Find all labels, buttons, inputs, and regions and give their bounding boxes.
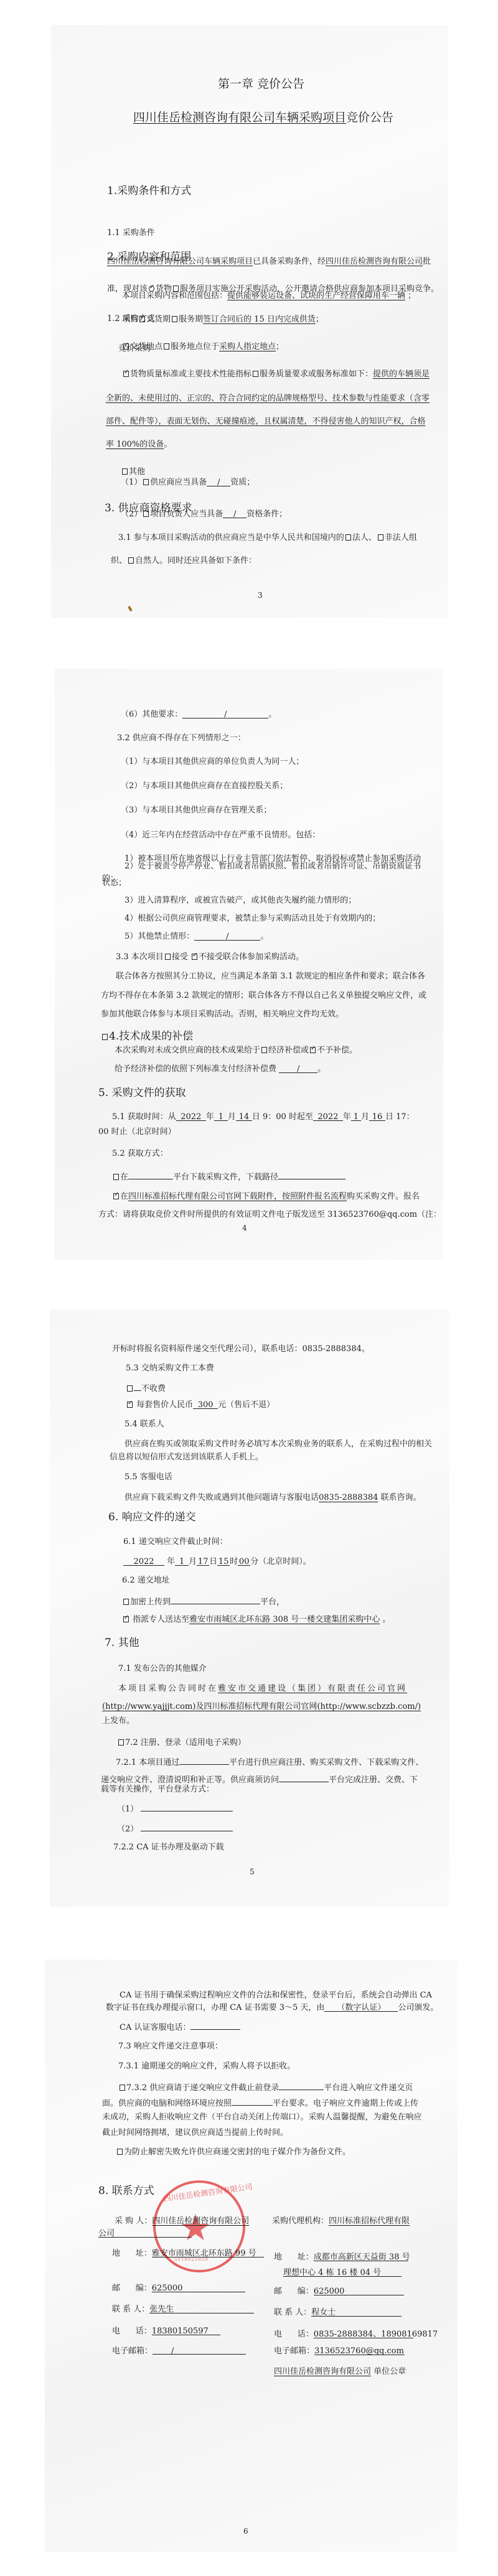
section-5-1-line-1: 5.1 获取时间：从2022年1月14日 9：00 时起至2022年1月16日 … [112,1112,415,1123]
section-5-2-site-line-2: 方式：请将获取竞价文件时所提供的有效证明文件电子版发送至 3136523760@… [98,1209,441,1221]
section-7-3-2-line-4: 截止时间网络拥堵，建议供应商适当提前上传时间。 [102,2127,288,2139]
section-7-heading: 7. 其他 [105,1636,139,1650]
condition-row-2: （2）项目负责人应当具备/资格条件； [121,509,287,520]
consortium-text-3: 参加其他联合体参与本项目采购活动。否则，相关响应文件均无效。 [101,1009,344,1020]
purchaser-email: 电子邮箱：/ [112,2346,246,2357]
sub-exclusion-3: 3）进入清算程序，或被宣告破产，或其他丧失履约能力情形的； [125,895,356,906]
checkbox-service-period[interactable] [172,316,177,322]
section-7-3-1: 7.3.1 逾期递交的响应文件，采购人将予以拒收。 [118,2061,295,2072]
checkbox-service-place[interactable] [164,343,169,350]
section-5-4-line-2: 信息将以短信形式发送到该联系人手机上。 [110,1452,263,1463]
agency-site-link[interactable]: 四川标准招标代理有限公司官网下载附件，按照附件报名流程 [128,1192,347,1201]
section-1-heading: 1.采购条件和方式 [107,184,191,198]
section-5-5-label: 5.5 客服电话 [125,1472,172,1483]
section-6-2-deliver: 指派专人送达至雅安市雨城区北环东路 308 号一楼交建集团采购中心 。 [122,1614,390,1625]
sub-exclusion-2: 2）处于被责令停产停业、暂扣或者吊销执照、暂扣或者吊销许可证、吊销资质证书 [125,861,421,872]
section-4-heading: 4.技术成果的补偿 [101,1030,193,1043]
checkbox-non-legal-org[interactable] [378,534,383,541]
checkbox-other[interactable] [122,468,128,475]
section-6-heading: 6. 响应文件的递交 [108,1510,196,1524]
section-2-place: 交货地点服务地点位于采购人指定地点； [122,342,284,353]
section-2-other: 其他 [121,467,145,478]
checkbox-hand-delivery[interactable] [123,1616,129,1622]
section-2-scope: 本项目采购内容和范围包括：提供能够装运设备、试块的生产经营保障用车一辆 ； [122,291,416,302]
section-5-2-label: 5.2 获取方式： [112,1148,168,1160]
checkbox-economic-compensation[interactable] [261,1047,267,1053]
section-5-3-paid: 每套售价人民币300元（售后不退） [126,1400,275,1411]
section-7-3-label: 7.3 响应文件递交注意事项： [118,2041,223,2052]
section-5-2-platform: 在平台下载采购文件，下载路径 [112,1170,345,1183]
section-3-3: 3.3 本次项目接受 不接受联合体参加采购活动。 [116,952,304,963]
section-6-1-deadline: 2022 年1月17日15时00分（北京时间）。 [123,1556,311,1568]
sub-exclusion-5: 5）其他禁止情形：/。 [125,931,268,942]
agency-phone: 电 话：0835-2888384、18908169817 [274,2329,413,2340]
section-7-3-2-line-1: 7.3.2 供应商请于递交响应文件截止前登录平台进入响应文件递交页 [118,2081,413,2094]
login-method-1: （1） [117,1802,233,1815]
checkbox-no-compensation[interactable] [310,1047,316,1053]
checkbox-delivery-period[interactable] [139,316,145,322]
section-7-2-1-line-3: 载等有关操作，平台登录方式： [101,1784,214,1795]
checkbox-delivery-place[interactable] [123,343,129,350]
consortium-text-1: 联合体各方按照其分工协议，应当满足本条第 3.1 款规定的相应条件和要求；联合体… [116,971,425,982]
section-5-heading: 5. 采购文件的获取 [98,1086,186,1100]
agency-name-row: 采购代理机构：四川标准招标代理有限 [272,2216,410,2227]
checkbox-encrypted-upload[interactable] [123,1599,129,1605]
checkbox-fee-free[interactable] [127,1385,133,1392]
condition-row-1: （1）供应商应当具备/资质； [121,477,255,488]
section-7-3-backup: 为防止解密失败允许供应商递交密封的电子媒介作为备份文件。 [116,2147,350,2158]
ca-line-1: CA 证书用于确保采购过程响应文件的合法和保密性，登录平台后，系统会自动弹出 C… [120,1990,432,2001]
section-7-1-label: 7.1 发布公告的其他媒介 [118,1663,207,1675]
document-title: 四川佳岳检测咨询有限公司车辆采购项目竞价公告 [133,112,393,123]
purchaser-address: 地 址：雅安市雨城区北环东路 99 号 [112,2248,264,2259]
signature-line: 四川佳岳检测咨询有限公司 单位公章 [274,2366,406,2378]
agency-postcode: 邮 编：625000 [274,2286,404,2297]
section-2-heading-visible: 2.采购内容和范围 [107,250,191,264]
agency-name-row-2: 公司 [98,2228,192,2239]
section-4-line-2: 给予经济补偿的依照下列标准支付经济补偿费 /。 [115,1064,326,1075]
seal-star-icon: ★ [179,2210,212,2246]
section-2-quality-3: 部件、配件等），表面无划伤、无碰撞痕迹，且权属清楚，不得侵害他人的知识产权，合格 [106,416,426,427]
section-6-2-label: 6.2 递交地址 [122,1575,170,1586]
section-5-1-line-2: 00 时止（北京时间） [98,1127,176,1138]
section-7-1-line-2[interactable]: (http://www.yajjjt.com)及四川标准招标代理有限公司官网(h… [102,1701,421,1713]
section-2-quality-4: 率 100%的设备。 [106,439,172,450]
agency-address-2: 理想中心 4 栋 16 楼 04 号 [283,2267,402,2279]
purchaser-name-row: 采 购 人：四川佳岳检测咨询有限公司 [115,2216,249,2227]
page-number-3: 3 [258,591,263,600]
checkbox-condition-2[interactable] [143,511,149,517]
purchaser-phone: 电 话：18380150597 [112,2326,220,2337]
agency-contact: 联 系 人：程女士 [274,2307,402,2318]
checkbox-fee-paid[interactable] [127,1402,133,1408]
condition-row-6: （6）其他要求：/。 [121,709,276,720]
section-5-5-text: 供应商下载采购文件失败或遇到其他问题请与客服电话0835-2888384 联系咨… [125,1492,421,1504]
section-2-period: 项目交货期服务期签订合同后的 15 日内完成供货； [122,314,324,325]
checkbox-service-quality[interactable] [253,371,258,377]
agency-email: 电子邮箱：3136523760@qq.com [274,2346,405,2357]
page-number-6: 6 [243,2527,248,2536]
section-3-1-natural-line: 织、自然人。同时还应具备如下条件： [111,556,256,567]
section-5-2-site-line-3: 开标时将报名资料原件递交至代理公司），联系电话：0835-2888384。 [112,1344,370,1355]
sub-exclusion-2-cont: 状态； [102,878,126,889]
section-5-4-line-1: 供应商在购买或领取采购文件时务必填写本次采购业务的联系人，在采购过程中的相关 [125,1439,432,1450]
page-number-4: 4 [242,1224,247,1232]
section-6-1-label: 6.1 递交响应文件截止时间： [123,1537,228,1548]
exclusion-4: （4）近三年内在经营活动中存在严重不良情形。包括： [121,830,320,841]
exclusion-1: （1）与本项目其他供应商的单位负责人为同一人； [121,756,304,768]
section-8-heading: 8. 联系方式 [98,2184,154,2198]
section-6-2-upload: 加密上传到平台， [122,1595,284,1608]
section-7-2-2-label: 7.2.2 CA 证书办理及驱动下载 [113,1842,224,1853]
ca-phone: CA 认证客服电话： [120,2020,240,2034]
document-title-project: 四川佳岳检测咨询有限公司车辆采购项目 [133,111,346,124]
section-7-3-2-line-3: 未成功，采购人拒收响应文件（平台自动关闭上传端口）。采购人温馨提醒，为避免在响应 [102,2112,422,2123]
checkbox-reject-consortium[interactable] [192,954,197,960]
checkbox-condition-1[interactable] [143,479,149,485]
section-1-1-title: 1.1 采购条件 [107,228,155,239]
section-4-line-1: 本次采购对未成交供应商的技术成果给于经济补偿或不予补偿。 [115,1045,357,1056]
ca-line-2: 数字证书在线办理提示窗口，办理 CA 证书需要 3～5 天，由（数字认证）公司颁… [106,2002,438,2014]
section-7-1-line-3: 上发布。 [102,1716,134,1727]
section-2-quality: 货物质量标准或主要技术性能指标服务质量要求或服务标准如下：提供的车辆须是 [122,369,430,380]
exclusion-3: （3）与本项目其他供应商存在管理关系； [121,805,271,816]
checkbox-backup-media[interactable] [117,2149,123,2155]
page-number-5: 5 [250,1867,255,1876]
section-5-2-site: 在四川标准招标代理有限公司官网下载附件，按照附件报名流程购买采购文件。报名 [112,1191,420,1202]
section-5-4-label: 5.4 联系人 [125,1419,164,1430]
consortium-text-2: 方均不得存在本条第 3.2 款规定的情形；联合体各方不得以自己名义单独提交响应文… [101,990,426,1002]
checkbox-electronic-procurement[interactable] [118,1739,124,1746]
checkbox-site-download[interactable] [113,1193,119,1199]
purchaser-postcode: 邮 编：625000 [112,2283,245,2294]
document-title-suffix: 竞价公告 [346,111,393,124]
section-3-2-title: 3.2 供应商不得存在下列情形之一： [117,733,246,744]
section-7-3-2-line-2: 面。供应商的电脑和网络环境应按照平台要求。电子响应文件逾期上传或上传 [102,2096,418,2109]
section-7-1-line-1: 本项目采购公告同时在雅安市交通建设（集团）有限责任公司官网 [118,1683,407,1695]
checkbox-7-3-2[interactable] [120,2085,125,2091]
checkbox-natural-person[interactable] [128,557,134,564]
exclusion-2: （2）与本项目其他供应商存在直接控股关系； [121,781,288,792]
chapter-title: 第一章 竞价公告 [218,78,304,90]
section-5-3-label: 5.3 交纳采购文件工本费 [126,1363,214,1374]
checkbox-accept-consortium[interactable] [165,954,171,960]
section-5-3-free: 不收费 [126,1382,166,1395]
login-method-2: （2） [117,1822,233,1835]
checkbox-platform-download[interactable] [113,1174,119,1180]
section-7-2-1-line-1: 7.2.1 本项目通过平台进行供应商注册、购买采购文件、下载采购文件、 [116,1755,423,1769]
yajjjt-site-link[interactable]: 雅安市交通建设（集团）有限责任公司官网 [218,1684,407,1693]
sub-exclusion-4: 4）根据公司供应商管理要求，被禁止参与采购活动且处于有效期内的； [125,913,380,924]
document-page-5 [50,1309,449,1907]
purchaser-contact: 联 系 人：张先生 [112,2304,254,2315]
section-2-quality-2: 全新的、未使用过的、正宗的、符合合同约定的品牌规格型号、技术参数与性能要求（含零 [106,393,430,404]
checkbox-goods-quality[interactable] [123,371,129,377]
section-7-2-label: 7.2 注册、登录（适用电子采购） [117,1737,246,1749]
agency-address: 地 址：成都市高新区天益街 38 号 [274,2252,408,2263]
section-3-1-text: 3.1 参与本项目采购活动的供应商应当是中华人民共和国境内的法人、非法人组 [118,532,417,544]
checkbox-section-4[interactable] [102,1034,108,1040]
checkbox-legal-person[interactable] [345,534,351,541]
